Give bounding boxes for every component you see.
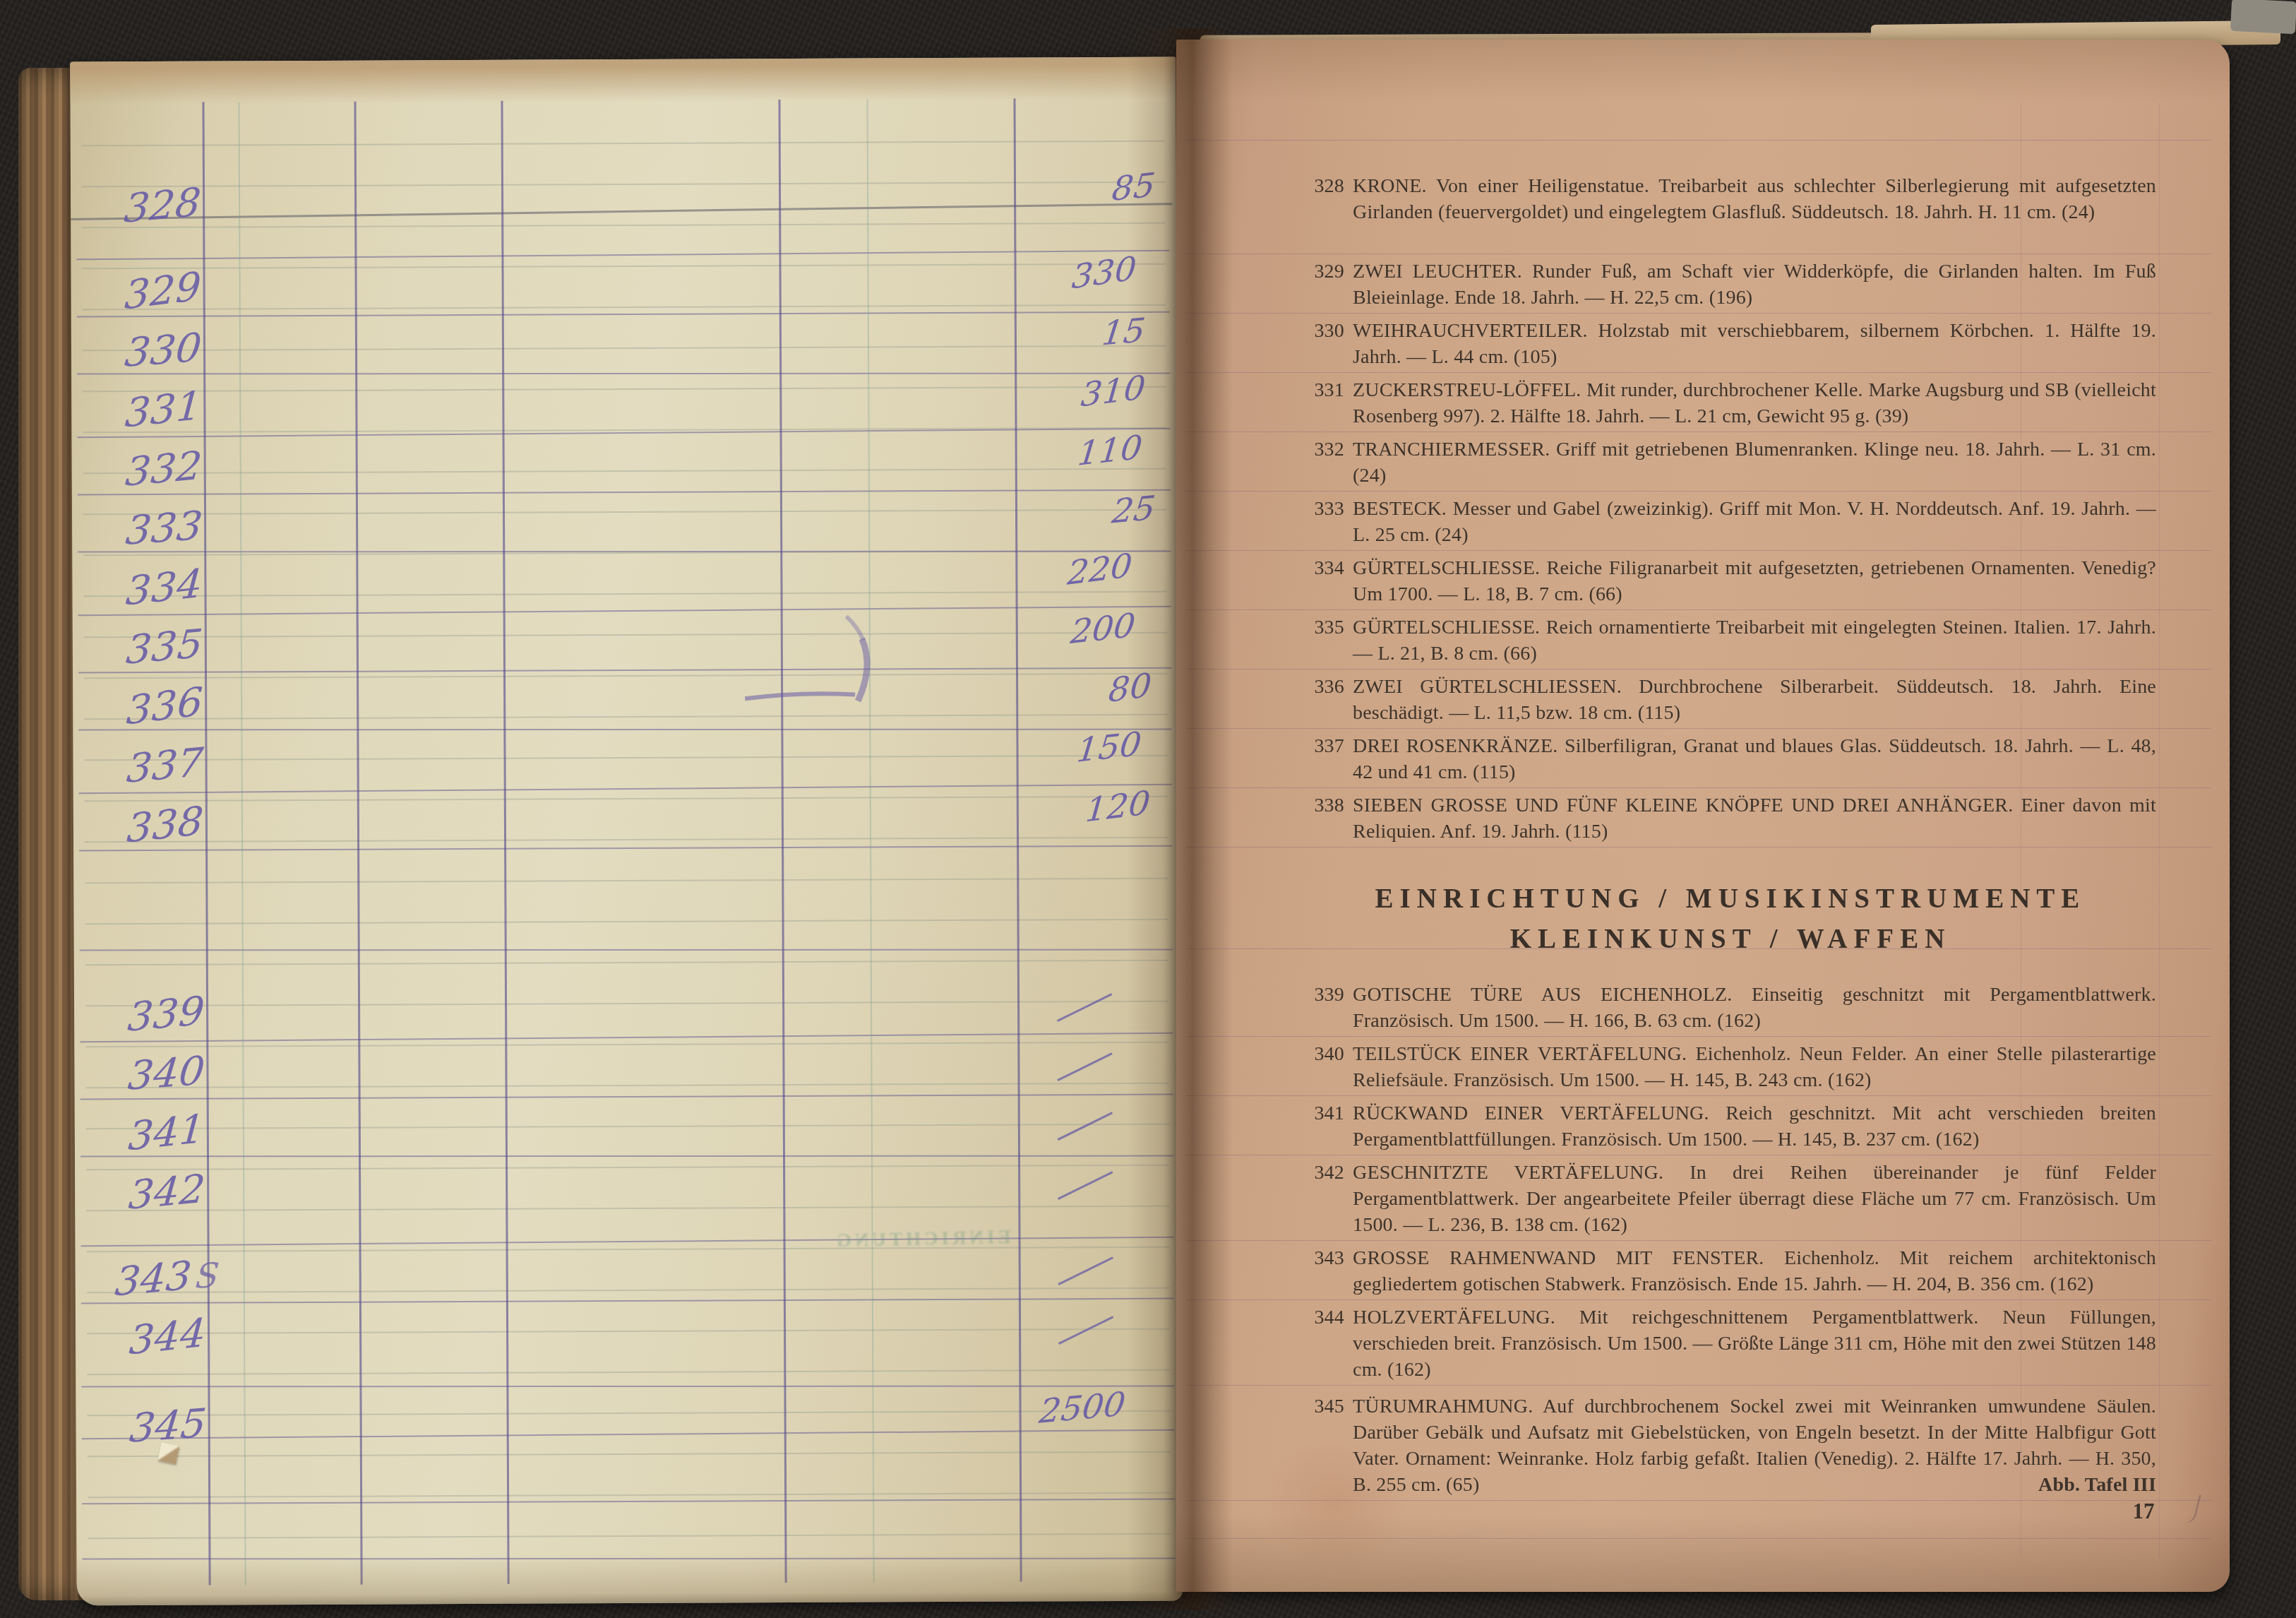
catalog-entry-text: GÜRTELSCHLIESSE. Reiche Filigranarbeit m…	[1353, 557, 2156, 605]
catalog-entry: 345TÜRUMRAHMUNG. Auf durchbrochenem Sock…	[1308, 1393, 2156, 1498]
catalog-entry: 342GESCHNITZTE VERTÄFELUNG. In drei Reih…	[1308, 1160, 2156, 1238]
ledger-light-rule	[87, 1369, 1170, 1376]
handwritten-lot-number: 336	[86, 675, 243, 748]
catalog-entry-number: 338	[1308, 792, 1344, 819]
catalog-entry: 344HOLZVERTÄFELUNG. Mit reichgeschnitten…	[1308, 1304, 2156, 1383]
handwritten-lot-number: 329	[84, 260, 241, 333]
ledger-row-rule	[80, 949, 1173, 951]
bleed-through-rule	[2159, 103, 2160, 1558]
bleed-through-text: EINRICHTUNG	[714, 1226, 1011, 1254]
catalog-entry-number: 336	[1308, 674, 1344, 700]
catalog-rule-line	[1186, 313, 2211, 314]
ledger-light-rule	[86, 1206, 1169, 1212]
ledger-light-rule	[87, 1287, 1170, 1294]
catalog-entry: 339GOTISCHE TÜRE AUS EICHENHOLZ. Einseit…	[1308, 982, 2156, 1034]
ledger-light-rule	[88, 1533, 1171, 1540]
ledger-row-rule	[77, 311, 1170, 318]
ledger-row-rule	[77, 373, 1170, 375]
page-number: 17	[2115, 1499, 2172, 1524]
ledger-column-rule	[354, 102, 362, 1585]
catalog-entry: 336ZWEI GÜRTELSCHLIESSEN. Durchbrochene …	[1308, 674, 2156, 726]
catalog-entry-text: GROSSE RAHMENWAND MIT FENSTER. Eichenhol…	[1353, 1247, 2156, 1295]
catalog-rule-line	[1186, 1155, 2211, 1155]
handwritten-slash-mark	[1057, 1052, 1112, 1081]
catalog-entry: 328KRONE. Von einer Heiligenstatue. Trei…	[1308, 173, 2156, 225]
catalog-entry: 332TRANCHIERMESSER. Griff mit getriebene…	[1308, 436, 2156, 489]
ledger-light-rule	[85, 878, 1168, 884]
handwritten-lot-number: 337	[85, 737, 244, 804]
catalog-entry-text: BESTECK. Messer und Gabel (zweizinkig). …	[1353, 498, 2156, 546]
catalog-entry-number: 330	[1308, 318, 1344, 344]
catalog-entry: 333BESTECK. Messer und Gabel (zweizinkig…	[1308, 496, 2156, 548]
catalog-entry-text: GOTISCHE TÜRE AUS EICHENHOLZ. Einseitig …	[1353, 984, 2156, 1032]
ledger-column-rule	[1013, 99, 1022, 1582]
ledger-light-rule	[85, 837, 1168, 843]
ledger-light-rule	[84, 673, 1167, 679]
handwritten-lot-number: 339	[87, 985, 245, 1052]
ledger-light-rule	[85, 796, 1168, 802]
ledger-light-rule	[85, 755, 1168, 761]
catalog-entry-number: 332	[1308, 436, 1344, 463]
ledger-light-rule	[88, 1492, 1171, 1499]
catalog-entry-text: GÜRTELSCHLIESSE. Reich ornamentierte Tre…	[1353, 617, 2156, 665]
catalog-entry-text: TEILSTÜCK EINER VERTÄFELUNG. Eichenholz.…	[1353, 1043, 2156, 1091]
catalog-entry-text: ZUCKERSTREU-LÖFFEL. Mit runder, durchbro…	[1353, 379, 2156, 427]
catalog-rule-line	[1186, 140, 2211, 141]
handwritten-lot-number: 330	[83, 323, 242, 388]
ledger-light-rule	[85, 960, 1168, 966]
ledger-light-rule	[88, 1451, 1171, 1458]
ledger-row-rule	[79, 784, 1172, 795]
ledger-page: 3288532933033015331310332110333253342203…	[70, 57, 1183, 1606]
catalog-entry-text: HOLZVERTÄFELUNG. Mit reichgeschnittenem …	[1353, 1307, 2156, 1381]
catalog-rule-line	[1186, 491, 2211, 492]
ledger-light-rule	[83, 386, 1166, 393]
catalog-entry-text: SIEBEN GROSSE UND FÜNF KLEINE KNÖPFE UND…	[1353, 795, 2156, 843]
ledger-light-rule	[83, 345, 1166, 352]
handwritten-lot-number: 338	[86, 795, 244, 864]
ledger-row-rule	[80, 1155, 1173, 1158]
ledger-light-rule	[86, 1124, 1169, 1130]
ledger-column-rule	[501, 101, 509, 1584]
catalog-rule-line	[1186, 609, 2211, 610]
catalog-entry: 335GÜRTELSCHLIESSE. Reich ornamentierte …	[1308, 614, 2156, 667]
catalog-rule-line	[1186, 372, 2211, 373]
catalog-entry-number: 345	[1308, 1393, 1344, 1420]
handwritten-slash-mark	[1058, 1316, 1113, 1345]
ledger-row-rule	[78, 667, 1171, 674]
ledger-light-rule	[83, 304, 1166, 311]
handwritten-lot-number: 333	[84, 501, 243, 566]
ledger-row-rule	[82, 1499, 1175, 1505]
catalog-rule-line	[1186, 1095, 2211, 1096]
catalog-entry-number: 331	[1308, 377, 1344, 403]
ledger-light-rule	[85, 919, 1168, 925]
ledger-row-rule	[80, 1033, 1173, 1043]
page-fold-mark	[157, 1442, 179, 1464]
catalog-entry: 338SIEBEN GROSSE UND FÜNF KLEINE KNÖPFE …	[1308, 792, 2156, 845]
ledger-row-rule	[78, 489, 1171, 496]
section-heading: EINRICHTUNG / MUSIKINSTRUMENTE KLEINKUNS…	[1282, 879, 2179, 959]
catalog-entry: 331ZUCKERSTREU-LÖFFEL. Mit runder, durch…	[1308, 377, 2156, 429]
ledger-rows: 3288532933033015331310332110333253342203…	[70, 57, 1176, 62]
catalog-entry-number: 342	[1308, 1160, 1344, 1186]
handwritten-lot-number: 334	[85, 557, 243, 627]
handwritten-lot-number: 331	[85, 379, 242, 449]
catalog-entry-text: WEIHRAUCHVERTEILER. Holzstab mit verschi…	[1353, 320, 2156, 368]
ledger-row-rule	[76, 250, 1169, 261]
ledger-light-rule	[86, 1083, 1169, 1089]
catalog-entry-number: 335	[1308, 614, 1344, 641]
ledger-light-rule	[82, 182, 1165, 188]
catalog-entry-number: 343	[1308, 1245, 1344, 1271]
ledger-row-rule	[80, 1094, 1173, 1100]
catalog-entry-number: 333	[1308, 496, 1344, 522]
catalog-entry: 329ZWEI LEUCHTER. Runder Fuß, am Schaft …	[1308, 258, 2156, 311]
ledger-row-rule	[82, 1558, 1175, 1560]
catalog-entry-text: TÜRUMRAHMUNG. Auf durchbrochenem Sockel …	[1353, 1396, 2156, 1496]
catalog-rule-line	[1186, 1385, 2211, 1386]
catalog-entry: 340TEILSTÜCK EINER VERTÄFELUNG. Eichenho…	[1308, 1041, 2156, 1093]
ledger-row-rule	[81, 1298, 1174, 1304]
catalog-rule-line	[1186, 1036, 2211, 1037]
catalog-rule-line	[1186, 787, 2211, 788]
catalog-entry: 330WEIHRAUCHVERTEILER. Holzstab mit vers…	[1308, 318, 2156, 370]
catalog-entry-number: 329	[1308, 258, 1344, 285]
catalog-rule-line	[1186, 1299, 2211, 1300]
catalog-entry-text: ZWEI LEUCHTER. Runder Fuß, am Schaft vie…	[1353, 261, 2156, 309]
catalog-entry: 341RÜCKWAND EINER VERTÄFELUNG. Reich ges…	[1308, 1100, 2156, 1153]
ledger-light-rule	[84, 591, 1167, 597]
handwritten-lot-number: 344	[88, 1307, 246, 1376]
catalog-entry-number: 337	[1308, 733, 1344, 759]
ledger-light-rule	[82, 141, 1165, 147]
catalog-rule-line	[1186, 1240, 2211, 1241]
book-gutter-shadow	[1127, 28, 1233, 1610]
catalog-entry-text: TRANCHIERMESSER. Griff mit getriebenen B…	[1353, 439, 2156, 487]
handwritten-slash-mark	[1058, 1256, 1113, 1285]
catalog-entry-text: DREI ROSENKRÄNZE. Silberfiligran, Granat…	[1353, 735, 2156, 783]
ledger-light-rule	[82, 222, 1165, 229]
catalog-rule-line	[1186, 254, 2211, 254]
catalog-rule-line	[1186, 728, 2211, 729]
torn-paper-fragment	[2230, 0, 2296, 34]
catalog-page: 328KRONE. Von einer Heiligenstatue. Trei…	[1176, 40, 2230, 1592]
ledger-light-rule	[83, 468, 1166, 475]
ledger-light-rule	[85, 1001, 1168, 1007]
catalog-entry: 334GÜRTELSCHLIESSE. Reiche Filigranarbei…	[1308, 555, 2156, 607]
catalog-rule-line	[1186, 550, 2211, 551]
ledger-row-rule	[78, 606, 1171, 617]
ledger-row-rule	[79, 845, 1172, 852]
handwritten-slash-mark	[1058, 1171, 1113, 1200]
ledger-light-rule	[83, 263, 1166, 270]
ledger-column-rule	[778, 100, 787, 1583]
catalog-entry: 337DREI ROSENKRÄNZE. Silberfiligran, Gra…	[1308, 733, 2156, 785]
pen-flick-mark	[2181, 1492, 2201, 1525]
catalog-entry-plate-reference: Abb. Tafel III	[2038, 1472, 2156, 1498]
handwritten-lot-number: 343S	[88, 1249, 246, 1316]
catalog-entry-number: 334	[1308, 555, 1344, 581]
handwritten-lot-number: 332	[84, 440, 242, 507]
handwritten-lot-number: 342	[88, 1163, 246, 1230]
catalog-entry-number: 328	[1308, 173, 1344, 199]
catalog-entry-text: ZWEI GÜRTELSCHLIESSEN. Durchbrochene Sil…	[1353, 676, 2156, 724]
handwritten-slash-mark	[1058, 1112, 1113, 1141]
catalog-rule-line	[1186, 847, 2211, 847]
catalog-rule-line	[1186, 432, 2211, 432]
handwritten-lot-number: 341	[88, 1102, 245, 1172]
book-scan: 3288532933033015331310332110333253342203…	[0, 0, 2296, 1618]
ledger-row-rule	[78, 729, 1171, 731]
ledger-light-rule	[87, 1328, 1170, 1335]
ledger-row-rule	[81, 1386, 1174, 1388]
catalog-entry-number: 339	[1308, 982, 1344, 1008]
catalog-entry-number: 344	[1308, 1304, 1344, 1331]
catalog-entry: 343GROSSE RAHMENWAND MIT FENSTER. Eichen…	[1308, 1245, 2156, 1297]
handwritten-flourish: S	[194, 1255, 221, 1297]
catalog-rule-line	[1186, 669, 2211, 670]
catalog-entry-number: 340	[1308, 1041, 1344, 1067]
handwritten-lot-number: 335	[85, 618, 243, 685]
handwritten-lot-number: 340	[87, 1046, 246, 1111]
ledger-light-rule	[86, 1165, 1169, 1171]
ledger-light-rule	[83, 509, 1166, 516]
catalog-entry-number: 341	[1308, 1100, 1344, 1126]
catalog-entry-text: GESCHNITZTE VERTÄFELUNG. In drei Reihen …	[1353, 1162, 2156, 1236]
ledger-light-rule	[85, 1042, 1168, 1048]
ledger-light-rule	[84, 714, 1167, 720]
catalog-entry-text: KRONE. Von einer Heiligenstatue. Treibar…	[1353, 175, 2156, 223]
ledger-light-rule	[84, 632, 1167, 638]
section-heading-line1: EINRICHTUNG / MUSIKINSTRUMENTE	[1282, 879, 2179, 919]
ledger-column-rule	[866, 99, 874, 1582]
ledger-row-rule	[78, 551, 1171, 553]
ledger-grid	[70, 57, 1176, 62]
catalog-entry-text: RÜCKWAND EINER VERTÄFELUNG. Reich geschn…	[1353, 1102, 2156, 1150]
handwritten-slash-mark	[1057, 993, 1112, 1022]
section-heading-line2: KLEINKUNST / WAFFEN	[1282, 919, 2179, 959]
